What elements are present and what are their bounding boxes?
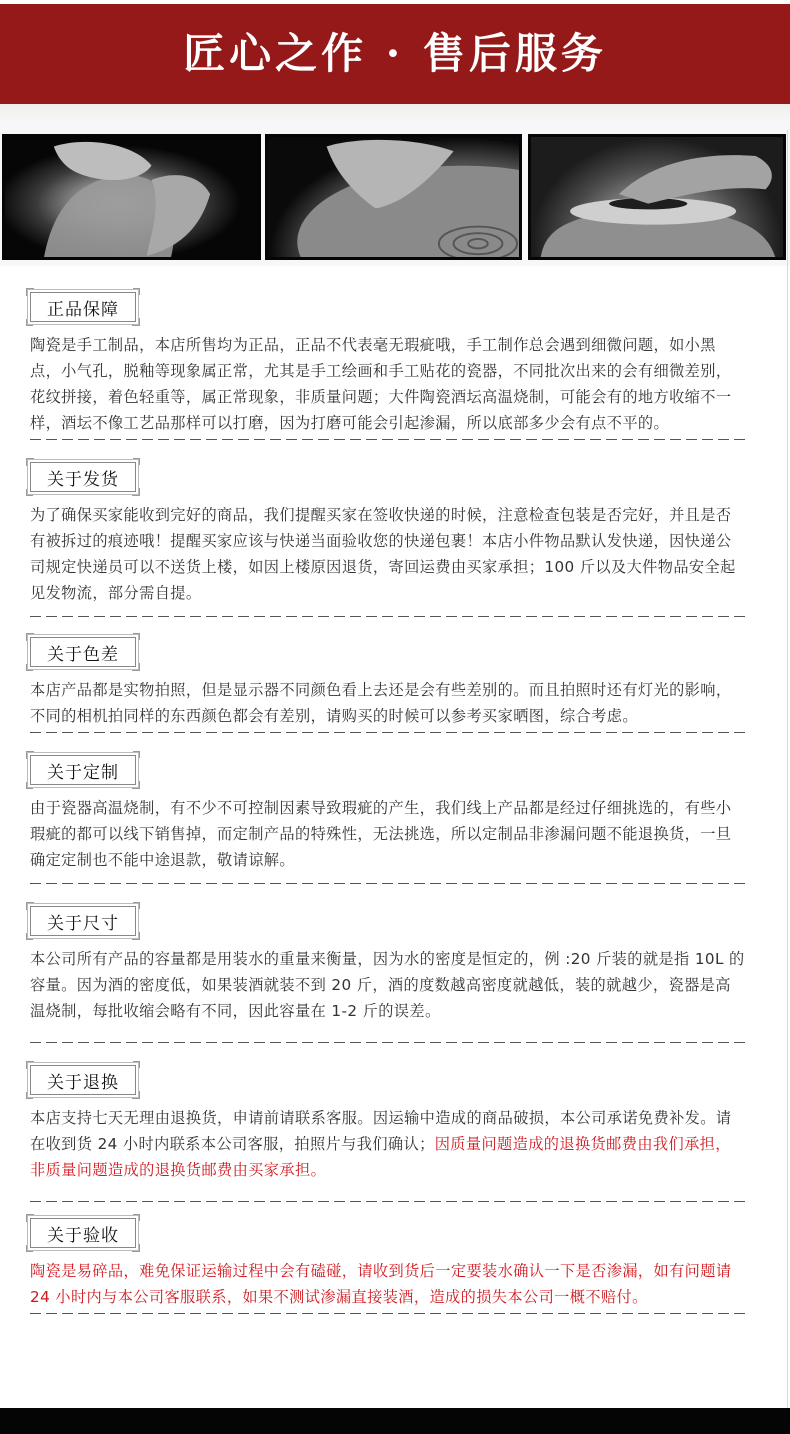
section-heading-badge: 正品保障 [30, 292, 136, 322]
dashed-divider [30, 732, 746, 733]
section-returns: 关于退换 本店支持七天无理由退换货，申请前请联系客服。因运输中造成的商品破损，本… [30, 1065, 746, 1202]
section-body: 本店支持七天无理由退换货，申请前请联系客服。因运输中造成的商品破损，本公司承诺免… [30, 1105, 746, 1183]
vessel-illustration-icon [531, 137, 783, 257]
dashed-divider [30, 1201, 746, 1202]
section-heading-badge: 关于尺寸 [30, 906, 136, 936]
inspection-warning-text: 陶瓷是易碎品，难免保证运输过程中会有磕碰，请收到货后一定要装水确认一下是否渗漏，… [30, 1258, 746, 1310]
section-inspection: 关于验收 陶瓷是易碎品，难免保证运输过程中会有磕碰，请收到货后一定要装水确认一下… [30, 1218, 746, 1314]
clay-hands-illustration-icon [5, 137, 258, 257]
section-genuine-guarantee: 正品保障 陶瓷是手工制品，本店所售均为正品，正品不代表毫无瑕疵哦，手工制作总会遇… [30, 292, 746, 440]
badge-corner-ornament [133, 751, 140, 758]
section-heading-badge: 关于色差 [30, 637, 136, 667]
banner-title: 匠心之作 · 售后服务 [183, 21, 607, 81]
badge-corner-ornament [26, 1245, 33, 1252]
photo-hands-shaping-clay [2, 134, 261, 260]
badge-corner-ornament [26, 782, 33, 789]
section-heading: 关于定制 [47, 758, 119, 783]
badge-corner-ornament [26, 319, 33, 326]
badge-corner-ornament [133, 633, 140, 640]
badge-corner-ornament [133, 1061, 140, 1068]
section-shipping: 关于发货 为了确保买家能收到完好的商品，我们提醒买家在签收快递的时候，注意检查包… [30, 462, 746, 617]
after-sales-content: 正品保障 陶瓷是手工制品，本店所售均为正品，正品不代表毫无瑕疵哦，手工制作总会遇… [0, 292, 790, 1314]
dashed-divider [30, 1042, 746, 1043]
pottery-wheel-illustration-icon [268, 137, 519, 257]
badge-corner-ornament [26, 1092, 33, 1099]
section-heading-badge: 关于退换 [30, 1065, 136, 1095]
badge-corner-ornament [133, 902, 140, 909]
dashed-divider [30, 883, 746, 884]
badge-corner-ornament [133, 1214, 140, 1221]
section-heading: 关于色差 [47, 640, 119, 665]
photo-hands-throwing-vessel [528, 134, 786, 260]
badge-corner-ornament [133, 288, 140, 295]
section-body: 为了确保买家能收到完好的商品，我们提醒买家在签收快递的时候，注意检查包装是否完好… [30, 502, 746, 606]
banner: 匠心之作 · 售后服务 [0, 4, 790, 104]
dashed-divider [30, 439, 746, 440]
section-color-difference: 关于色差 本店产品都是实物拍照，但是显示器不同颜色看上去还是会有些差别的。而且拍… [30, 637, 746, 733]
section-heading: 正品保障 [47, 295, 119, 320]
section-body: 由于瓷器高温烧制，有不少不可控制因素导致瑕疵的产生，我们线上产品都是经过仔细挑选… [30, 795, 746, 873]
section-customization: 关于定制 由于瓷器高温烧制，有不少不可控制因素导致瑕疵的产生，我们线上产品都是经… [30, 755, 746, 884]
texture-strip [0, 104, 790, 120]
section-body: 本公司所有产品的容量都是用装水的重量来衡量，因为水的密度是恒定的，例 :20 斤… [30, 946, 746, 1024]
section-heading: 关于发货 [47, 465, 119, 490]
section-heading-badge: 关于定制 [30, 755, 136, 785]
section-heading: 关于退换 [47, 1068, 119, 1093]
photo-row [0, 120, 790, 258]
section-dimensions: 关于尺寸 本公司所有产品的容量都是用装水的重量来衡量，因为水的密度是恒定的，例 … [30, 906, 746, 1043]
badge-corner-ornament [133, 458, 140, 465]
badge-corner-ornament [26, 489, 33, 496]
footer-bar [0, 1408, 790, 1434]
section-heading-badge: 关于验收 [30, 1218, 136, 1248]
photo-hands-on-pottery-wheel [265, 134, 522, 260]
section-body: 陶瓷是手工制品，本店所售均为正品，正品不代表毫无瑕疵哦，手工制作总会遇到细微问题… [30, 332, 746, 436]
section-heading-badge: 关于发货 [30, 462, 136, 492]
badge-corner-ornament [26, 933, 33, 940]
section-heading: 关于尺寸 [47, 909, 119, 934]
badge-corner-ornament [26, 664, 33, 671]
dashed-divider [30, 1313, 746, 1314]
dashed-divider [30, 616, 746, 617]
section-heading: 关于验收 [47, 1221, 119, 1246]
section-body: 本店产品都是实物拍照，但是显示器不同颜色看上去还是会有些差别的。而且拍照时还有灯… [30, 677, 746, 729]
